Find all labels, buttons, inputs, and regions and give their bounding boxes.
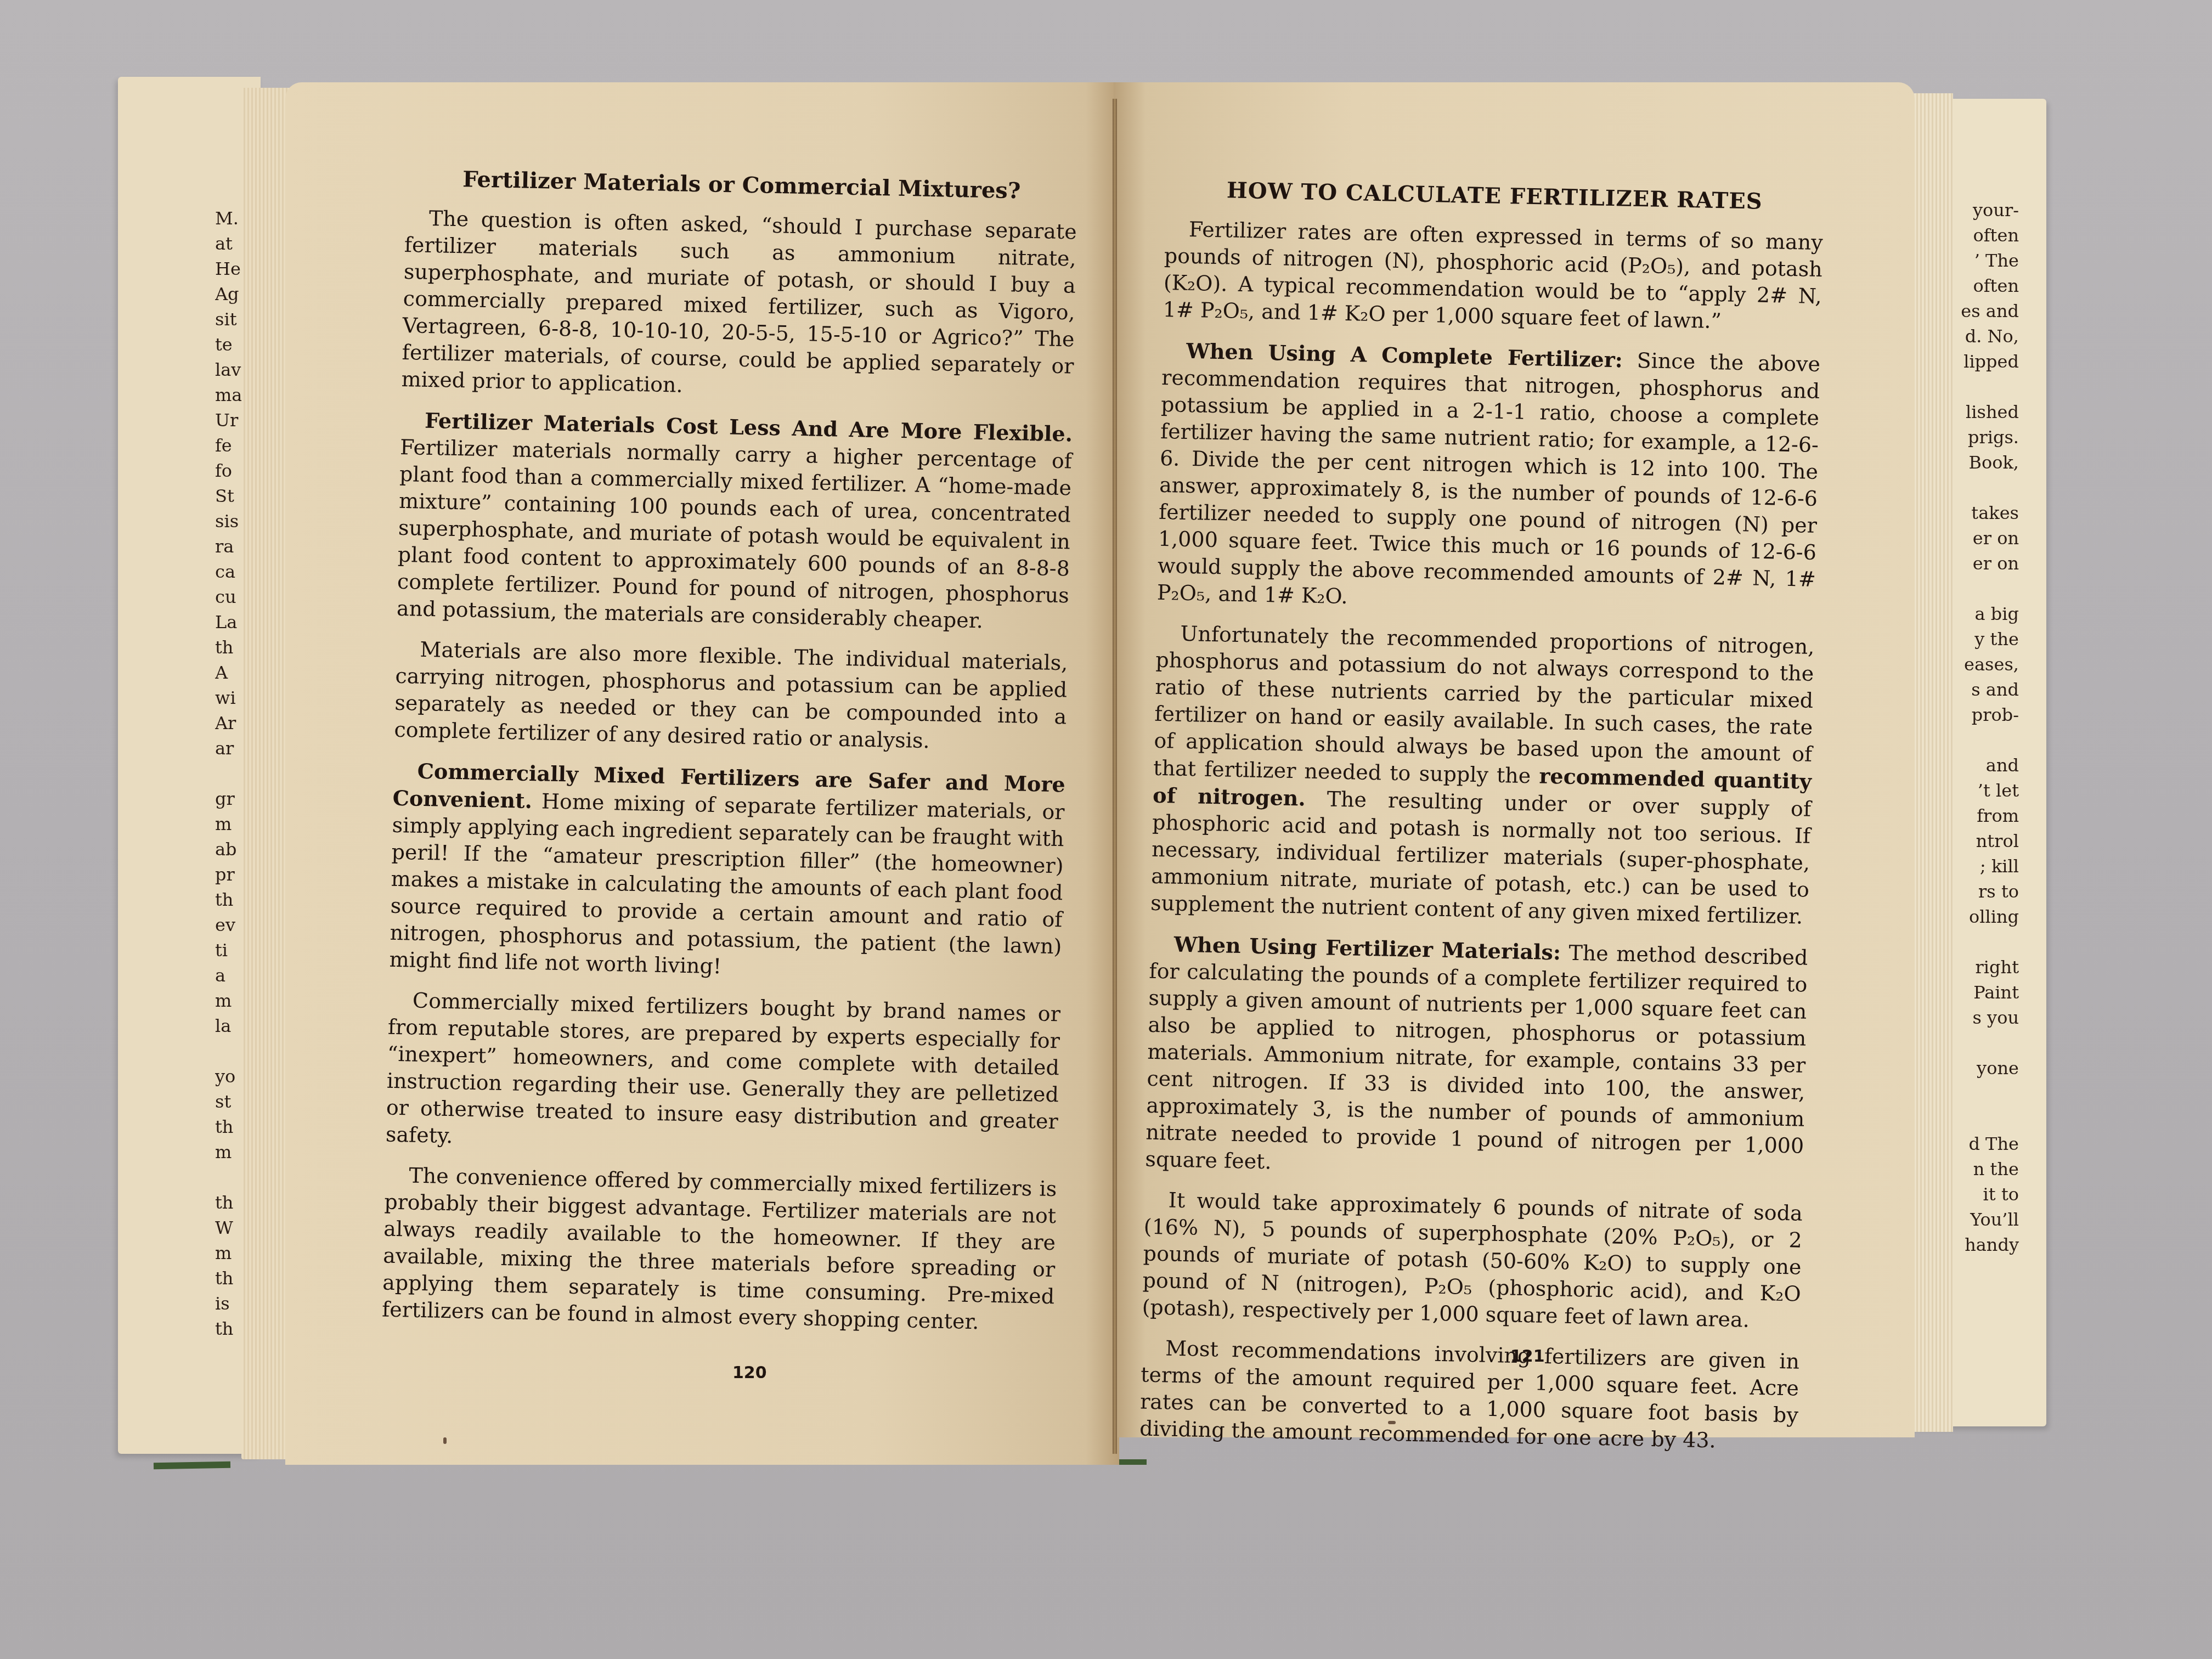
- paragraph: Most recommendations involving fertilize…: [1139, 1335, 1800, 1456]
- paragraph: Materials are also more flexible. The in…: [394, 636, 1068, 758]
- paper-speck: [443, 1437, 447, 1444]
- paragraph: Commercially mixed fertilizers bought by…: [385, 987, 1060, 1163]
- paragraph: Commercially Mixed Fertilizers are Safer…: [389, 757, 1065, 988]
- page-number-left: 120: [732, 1363, 767, 1383]
- paper-speck: [1388, 1421, 1396, 1424]
- book-gutter: [1113, 99, 1117, 1454]
- right-page-text: HOW TO CALCULATE FERTILIZER RATES Fertil…: [1139, 176, 1824, 1470]
- paragraph: Fertilizer rates are often expressed in …: [1163, 216, 1823, 337]
- paragraph: When Using A Complete Fertilizer: Since …: [1157, 337, 1821, 620]
- left-page-text: Fertilizer Materials or Commercial Mixtu…: [381, 165, 1077, 1351]
- paragraph: The convenience offered by commercially …: [382, 1162, 1057, 1338]
- page-number-right: 121: [1510, 1347, 1545, 1366]
- paragraph: Fertilizer Materials Cost Less And Are M…: [397, 407, 1073, 636]
- paragraph: It would take approximately 6 pounds of …: [1142, 1187, 1803, 1335]
- paragraph: When Using Fertilizer Materials: The met…: [1145, 930, 1808, 1187]
- green-cloth-binding: [154, 1462, 230, 1469]
- jacket-flap-right-text: your- often ’ The often es and d. No, li…: [1942, 198, 2019, 1257]
- runin-heading: When Using Fertilizer Materials:: [1173, 932, 1561, 965]
- paragraph: Unfortunately the recommended proportion…: [1150, 620, 1815, 930]
- paragraph: The question is often asked, “should I p…: [401, 205, 1077, 407]
